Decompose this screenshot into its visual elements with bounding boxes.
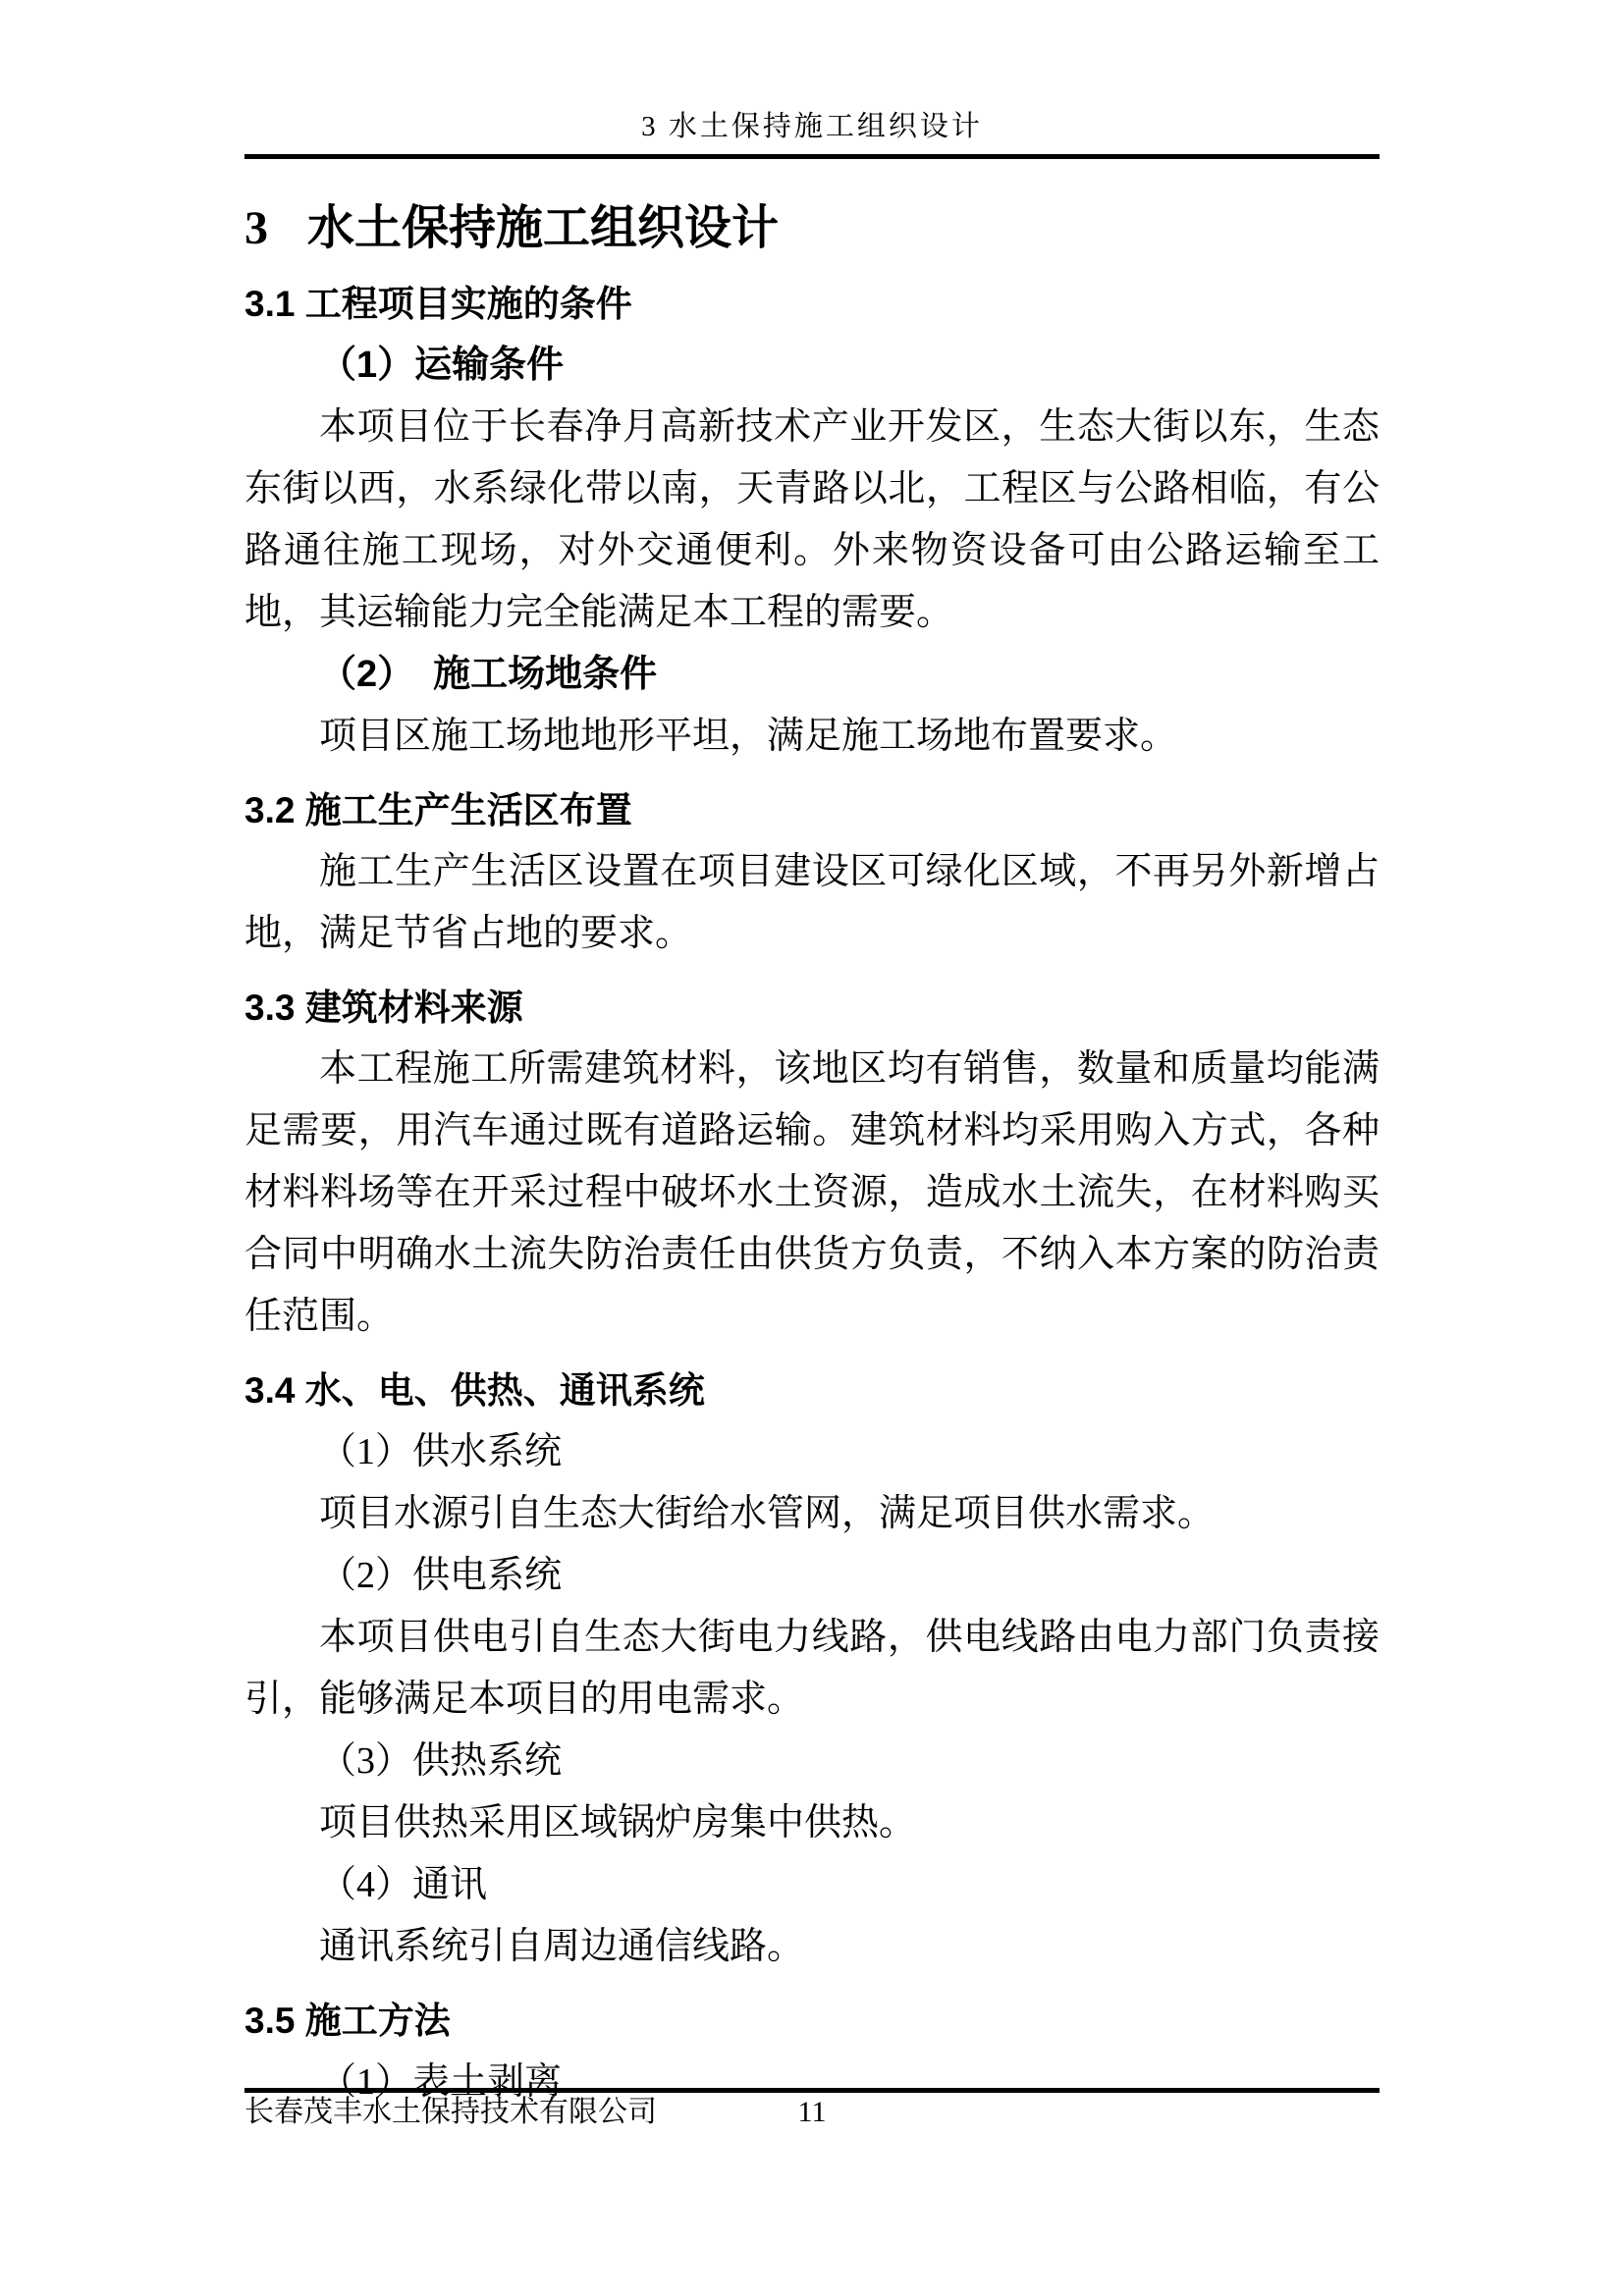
subheading-power-supply: （2）供电系统: [244, 1545, 1380, 1607]
subheading-transport-conditions: （1）运输条件: [244, 335, 1380, 397]
document-page: 3 水土保持施工组织设计 3水土保持施工组织设计 3.1 工程项目实施的条件 （…: [0, 0, 1624, 2296]
section-heading-3-4: 3.4 水、电、供热、通讯系统: [244, 1360, 1380, 1421]
paragraph-site-conditions: 项目区施工场地地形平坦，满足施工场地布置要求。: [244, 706, 1380, 768]
paragraph-living-area-layout: 施工生产生活区设置在项目建设区可绿化区域，不再另外新增占地，满足节省占地的要求。: [244, 841, 1380, 965]
paragraph-power-supply: 本项目供电引自生态大街电力线路，供电线路由电力部门负责接引，能够满足本项目的用电…: [244, 1607, 1380, 1731]
paragraph-heat-supply: 项目供热采用区域锅炉房集中供热。: [244, 1792, 1380, 1854]
paragraph-communication: 通讯系统引自周边通信线路。: [244, 1916, 1380, 1978]
footer-rule: [244, 2088, 1380, 2093]
footer-company-name: 长春茂丰水土保持技术有限公司: [244, 2095, 657, 2130]
page-number: 11: [798, 2095, 827, 2130]
section-heading-3-1: 3.1 工程项目实施的条件: [244, 273, 1380, 335]
header-rule: [244, 154, 1380, 159]
running-header: 3 水土保持施工组织设计: [0, 108, 1624, 145]
section-heading-3-3: 3.3 建筑材料来源: [244, 977, 1380, 1039]
paragraph-transport-conditions: 本项目位于长春净月高新技术产业开发区，生态大街以东，生态东街以西，水系绿化带以南…: [244, 397, 1380, 644]
chapter-number: 3: [244, 202, 268, 254]
section-heading-3-5: 3.5 施工方法: [244, 1990, 1380, 2052]
chapter-title: 水土保持施工组织设计: [307, 202, 779, 254]
paragraph-building-materials: 本工程施工所需建筑材料，该地区均有销售，数量和质量均能满足需要，用汽车通过既有道…: [244, 1039, 1380, 1348]
subheading-communication: （4）通讯: [244, 1854, 1380, 1916]
document-body: 3水土保持施工组织设计 3.1 工程项目实施的条件 （1）运输条件 本项目位于长…: [244, 187, 1380, 2113]
section-heading-3-2: 3.2 施工生产生活区布置: [244, 779, 1380, 841]
subheading-site-conditions: （2） 施工场地条件: [244, 644, 1380, 706]
chapter-heading: 3水土保持施工组织设计: [244, 196, 1380, 261]
paragraph-water-supply: 项目水源引自生态大街给水管网，满足项目供水需求。: [244, 1483, 1380, 1545]
subheading-heat-supply: （3）供热系统: [244, 1731, 1380, 1792]
page-footer: 长春茂丰水土保持技术有限公司 11: [244, 2095, 1380, 2134]
subheading-water-supply: （1）供水系统: [244, 1421, 1380, 1483]
